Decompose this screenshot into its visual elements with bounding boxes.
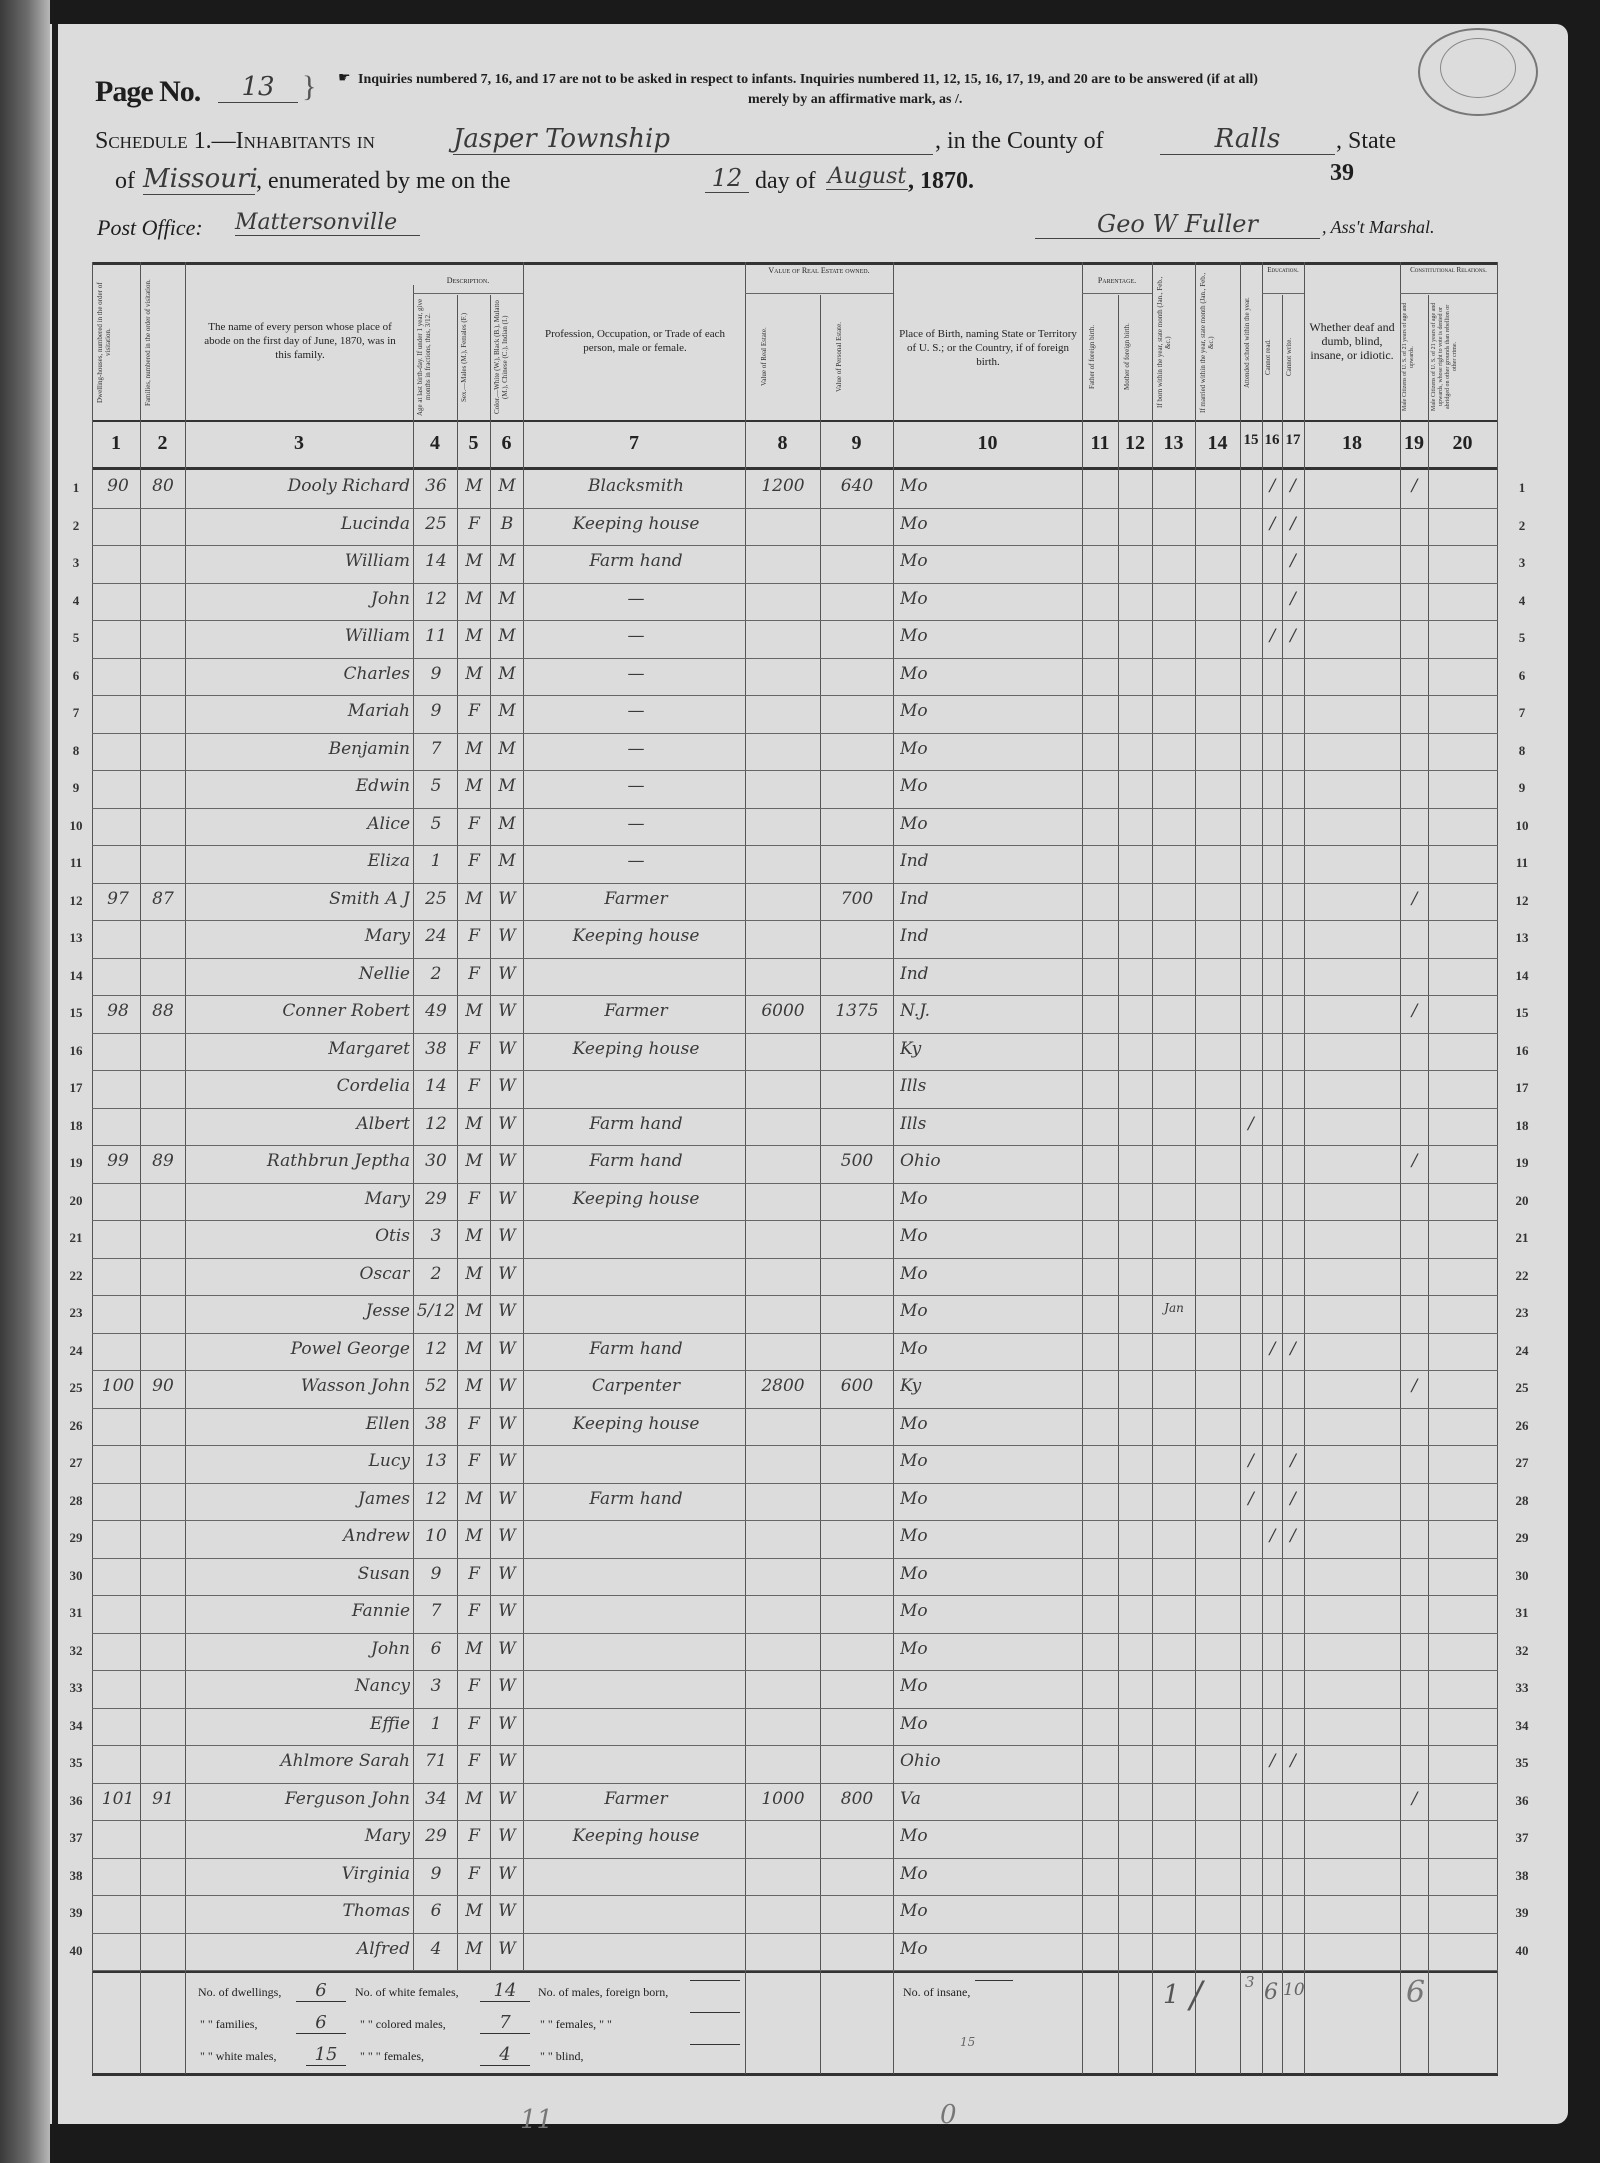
col-divider [140,262,141,2074]
occupation: Carpenter [530,1376,742,1396]
line-number-left: 8 [66,743,86,759]
line-number-left: 14 [66,968,86,984]
birthplace: Mo [900,776,1000,796]
sex: F [459,1451,489,1471]
col-divider [820,295,821,2074]
age: 1 [416,851,456,871]
birthplace: Ohio [900,1151,1000,1171]
row-divider [92,695,1498,696]
line-number-left: 28 [66,1493,86,1509]
families-count: 6 [296,2012,346,2034]
color: W [492,1226,522,1246]
line-number-left: 18 [66,1118,86,1134]
col7-header: Profession, Occupation, or Trade of each… [535,327,735,355]
personal-estate-value: 640 [822,476,892,496]
col-divider [490,295,491,1971]
females-foreign-label: " " females, " " [540,2017,612,2032]
birthplace: N.J. [900,1001,1000,1021]
color: W [492,1264,522,1284]
birthplace: Va [900,1789,1000,1809]
col-divider [1304,262,1305,2074]
birthplace: Ind [900,851,1000,871]
occupation: — [530,814,742,834]
colored-males-label: " " colored males, [360,2017,446,2032]
color: W [492,1714,522,1734]
person-name: John [190,589,410,609]
person-name: Charles [190,664,410,684]
males-foreign-count [690,1980,740,1981]
row-divider [92,545,1498,546]
row-divider [92,1783,1498,1784]
age: 30 [416,1151,456,1171]
line-number-left: 5 [66,630,86,646]
age: 6 [416,1901,456,1921]
col-divider [1240,262,1241,2074]
age: 10 [416,1526,456,1546]
instructions-line-2: merely by an affirmative mark, as /. [748,92,962,108]
line-number-left: 33 [66,1680,86,1696]
colored-females-count: 4 [480,2044,530,2066]
age: 12 [416,1339,456,1359]
line-number-right: 26 [1512,1418,1532,1434]
tally-col15: 3 [1245,1973,1255,1991]
line-number-right: 16 [1512,1043,1532,1059]
line-number-right: 18 [1512,1118,1532,1134]
row-divider [92,1333,1498,1334]
line-number-left: 10 [66,818,86,834]
sex: F [459,1864,489,1884]
color: M [492,814,522,834]
row-divider [92,958,1498,959]
color: M [492,851,522,871]
person-name: Eliza [190,851,410,871]
line-number-left: 37 [66,1830,86,1846]
line-number-left: 21 [66,1230,86,1246]
line-number-right: 40 [1512,1943,1532,1959]
family-number: 80 [143,476,183,496]
person-name: Ellen [190,1414,410,1434]
line-number-right: 38 [1512,1868,1532,1884]
column-number: 4 [413,432,457,455]
cannot-read-mark: / [1263,1526,1282,1546]
row-divider [92,733,1498,734]
white-males-label: " " white males, [200,2049,276,2064]
colnum-bottom-rule [92,467,1498,470]
bottom-mark-left: 11 [520,2105,553,2135]
sex: M [459,1939,489,1959]
cannot-write-mark: / [1283,1339,1303,1359]
col-divider [1082,262,1083,2074]
age: 2 [416,1264,456,1284]
occupation: Farm hand [530,1489,742,1509]
col1-header: Dwelling-houses, numbered in the order o… [96,270,136,415]
column-number: 13 [1152,432,1195,455]
line-number-left: 29 [66,1530,86,1546]
column-number: 9 [820,432,893,455]
post-office-label: Post Office: [97,215,203,241]
personal-estate-value: 800 [822,1789,892,1809]
pointing-hand-icon: ☛ [338,70,351,87]
family-number: 89 [143,1151,183,1171]
birthplace: Ind [900,889,1000,909]
brace-icon: } [302,70,316,104]
person-name: Ahlmore Sarah [190,1751,410,1771]
cannot-read-mark: / [1263,476,1282,496]
tally-col14: / [1190,1975,1202,2016]
row-divider [92,1145,1498,1146]
age: 36 [416,476,456,496]
line-number-right: 25 [1512,1380,1532,1396]
occupation: — [530,664,742,684]
row-divider [92,1408,1498,1409]
row-divider [92,808,1498,809]
sex: M [459,1301,489,1321]
sex: F [459,1751,489,1771]
citizen-mark: / [1401,1151,1428,1171]
colored-males-count: 7 [480,2012,530,2034]
line-number-right: 32 [1512,1643,1532,1659]
cannot-write-mark: / [1283,589,1303,609]
birthplace: Mo [900,1414,1000,1434]
line-number-right: 6 [1512,668,1532,684]
person-name: Nellie [190,964,410,984]
group-rule [745,293,893,294]
color: W [492,1864,522,1884]
person-name: Lucy [190,1451,410,1471]
col-divider [1195,262,1196,2074]
line-number-left: 2 [66,518,86,534]
column-number: 1 [92,432,140,455]
age: 49 [416,1001,456,1021]
column-number: 6 [490,432,523,455]
row-divider [92,508,1498,509]
row-divider [92,1295,1498,1296]
dwelling-number: 97 [96,889,140,909]
dwellings-label: No. of dwellings, [198,1985,281,2000]
cannot-write-mark: / [1283,1489,1303,1509]
line-number-left: 32 [66,1643,86,1659]
color: W [492,1451,522,1471]
birthplace: Mo [900,1714,1000,1734]
birthplace: Mo [900,814,1000,834]
line-number-left: 31 [66,1605,86,1621]
color: W [492,1039,522,1059]
age: 2 [416,964,456,984]
line-number-left: 23 [66,1305,86,1321]
line-number-right: 30 [1512,1568,1532,1584]
row-divider [92,1895,1498,1896]
age: 6 [416,1639,456,1659]
age: 38 [416,1414,456,1434]
age: 5/12 [416,1301,456,1321]
birthplace: Ky [900,1376,1000,1396]
age: 38 [416,1039,456,1059]
line-number-right: 27 [1512,1455,1532,1471]
sex: F [459,1564,489,1584]
real-estate-value: 1200 [748,476,818,496]
book-spine [0,0,50,2163]
sex: F [459,1601,489,1621]
col6-header: Color.—White (W.), Black (B.), Mulatto (… [493,298,521,416]
sex: M [459,551,489,571]
females-foreign-count [690,2012,740,2013]
line-number-right: 23 [1512,1305,1532,1321]
color: M [492,589,522,609]
col-divider [92,262,93,2074]
sex: M [459,589,489,609]
line-number-left: 15 [66,1005,86,1021]
color: W [492,1114,522,1134]
line-number-right: 2 [1512,518,1532,534]
state-field: Missouri [143,164,255,195]
age: 25 [416,514,456,534]
occupation: Keeping house [530,1039,742,1059]
color: W [492,1601,522,1621]
age: 12 [416,589,456,609]
row-divider [92,1483,1498,1484]
table-bottom-rule [92,2073,1498,2076]
row-divider [92,1070,1498,1071]
person-name: Otis [190,1226,410,1246]
line-number-right: 8 [1512,743,1532,759]
age: 9 [416,1564,456,1584]
line-number-left: 11 [66,855,86,871]
citizen-mark: / [1401,1001,1428,1021]
row-divider [92,1033,1498,1034]
cannot-read-mark: / [1263,1751,1282,1771]
occupation: — [530,626,742,646]
birthplace: Mo [900,1226,1000,1246]
age: 14 [416,551,456,571]
real-estate-value: 2800 [748,1376,818,1396]
age: 12 [416,1489,456,1509]
birthplace: Ohio [900,1751,1000,1771]
line-number-right: 24 [1512,1343,1532,1359]
age: 12 [416,1114,456,1134]
of-label: of [115,168,135,195]
birthplace: Ind [900,926,1000,946]
row-divider [92,1258,1498,1259]
col13-header: If born within the year, state month (Ja… [1156,270,1192,415]
line-number-right: 33 [1512,1680,1532,1696]
person-name: Cordelia [190,1076,410,1096]
attended-school-mark: / [1241,1451,1261,1471]
birthplace: Mo [900,514,1000,534]
person-name: Mary [190,1189,410,1209]
line-number-left: 35 [66,1755,86,1771]
marshal-label: , Ass't Marshal. [1322,217,1435,238]
post-office-field: Mattersonville [235,210,420,236]
person-name: Nancy [190,1676,410,1696]
col-divider [1152,262,1153,2074]
colored-females-label: " " " females, [360,2049,424,2064]
group-value-header: Value of Real Estate owned. [745,266,893,276]
col14-header: If married within the year, state month … [1199,270,1237,415]
birth-month-mark: Jan [1154,1301,1194,1315]
person-name: Albert [190,1114,410,1134]
insane-label: No. of insane, [903,1985,970,2000]
age: 9 [416,1864,456,1884]
column-number: 20 [1428,432,1497,455]
month-field: August [826,164,908,190]
sex: M [459,1001,489,1021]
line-number-right: 20 [1512,1193,1532,1209]
age: 5 [416,814,456,834]
line-number-right: 28 [1512,1493,1532,1509]
sex: F [459,1676,489,1696]
age: 3 [416,1676,456,1696]
citizen-mark: / [1401,1789,1428,1809]
sex: M [459,1789,489,1809]
line-number-left: 26 [66,1418,86,1434]
column-number: 11 [1082,432,1118,455]
group-education-header: Education. [1262,266,1304,275]
birthplace: Ky [900,1039,1000,1059]
row-divider [92,1370,1498,1371]
sex: M [459,776,489,796]
line-number-left: 6 [66,668,86,684]
birthplace: Mo [900,1901,1000,1921]
row-divider [92,845,1498,846]
real-estate-value: 1000 [748,1789,818,1809]
cannot-write-mark: / [1283,626,1303,646]
line-number-left: 19 [66,1155,86,1171]
age: 7 [416,739,456,759]
tally-col17: 10 [1283,1980,1305,2000]
column-number: 7 [523,432,745,455]
sex: F [459,1189,489,1209]
row-divider [92,883,1498,884]
dwellings-count: 6 [296,1980,346,2002]
occupation: Farmer [530,1789,742,1809]
age: 5 [416,776,456,796]
birthplace: Mo [900,1189,1000,1209]
line-number-right: 39 [1512,1905,1532,1921]
color: W [492,1826,522,1846]
cannot-write-mark: / [1283,1451,1303,1471]
blind-count [690,2044,740,2045]
birthplace: Mo [900,1939,1000,1959]
color: W [492,1639,522,1659]
line-number-left: 25 [66,1380,86,1396]
person-name: William [190,551,410,571]
binding-line [52,24,58,2124]
dwelling-number: 99 [96,1151,140,1171]
county-field: Ralls [1160,124,1335,155]
person-name: Ferguson John [190,1789,410,1809]
person-name: Edwin [190,776,410,796]
col-divider [893,262,894,2074]
color: W [492,1751,522,1771]
person-name: Powel George [190,1339,410,1359]
line-number-left: 20 [66,1193,86,1209]
color: W [492,1489,522,1509]
col-divider [523,262,524,1971]
occupation: — [530,739,742,759]
col9-header: Value of Personal Estate. [835,298,875,416]
person-name: Alfred [190,1939,410,1959]
row-divider [92,1595,1498,1596]
sex: F [459,926,489,946]
attended-school-mark: / [1241,1489,1261,1509]
age: 25 [416,889,456,909]
person-name: William [190,626,410,646]
birthplace: Mo [900,739,1000,759]
dwelling-number: 98 [96,1001,140,1021]
line-number-left: 27 [66,1455,86,1471]
row-divider [92,1633,1498,1634]
line-number-right: 4 [1512,593,1532,609]
person-name: Margaret [190,1039,410,1059]
col-divider [413,285,414,1971]
person-name: Effie [190,1714,410,1734]
stamp-inner-ring [1440,38,1516,98]
family-number: 88 [143,1001,183,1021]
col-divider [1497,262,1498,2074]
column-number: 17 [1282,432,1304,449]
color: W [492,1676,522,1696]
line-number-left: 17 [66,1080,86,1096]
col-divider [1428,295,1429,2074]
col16-header: Cannot read. [1264,298,1280,416]
occupation: Keeping house [530,514,742,534]
line-number-left: 9 [66,780,86,796]
color: W [492,1789,522,1809]
birthplace: Mo [900,1639,1000,1659]
row-divider [92,920,1498,921]
line-number-left: 39 [66,1905,86,1921]
age: 3 [416,1226,456,1246]
row-divider [92,1108,1498,1109]
sex: F [459,1039,489,1059]
line-number-left: 1 [66,480,86,496]
person-name: Dooly Richard [190,476,410,496]
column-number: 19 [1400,432,1428,455]
sex: F [459,1714,489,1734]
family-number: 90 [143,1376,183,1396]
color: W [492,1151,522,1171]
col-divider [185,262,186,2074]
line-number-left: 22 [66,1268,86,1284]
line-number-left: 13 [66,930,86,946]
sex: M [459,1339,489,1359]
cannot-write-mark: / [1283,476,1303,496]
white-males-count: 15 [306,2044,346,2066]
person-name: Thomas [190,1901,410,1921]
age: 14 [416,1076,456,1096]
citizen-mark: / [1401,476,1428,496]
cannot-write-mark: / [1283,514,1303,534]
occupation: Farm hand [530,1151,742,1171]
color: W [492,1376,522,1396]
dwelling-number: 101 [96,1789,140,1809]
sex: M [459,739,489,759]
page-number: 13 [218,72,298,103]
sex: F [459,964,489,984]
sex: M [459,1264,489,1284]
birthplace: Mo [900,1564,1000,1584]
col19-header: Male Citizens of U. S. of 21 years of ag… [1402,298,1426,416]
person-name: John [190,1639,410,1659]
line-number-left: 24 [66,1343,86,1359]
birthplace: Mo [900,1676,1000,1696]
color: W [492,1001,522,1021]
person-name: Smith A J [190,889,410,909]
occupation: — [530,851,742,871]
birthplace: Ills [900,1076,1000,1096]
sex: F [459,1826,489,1846]
color: W [492,926,522,946]
